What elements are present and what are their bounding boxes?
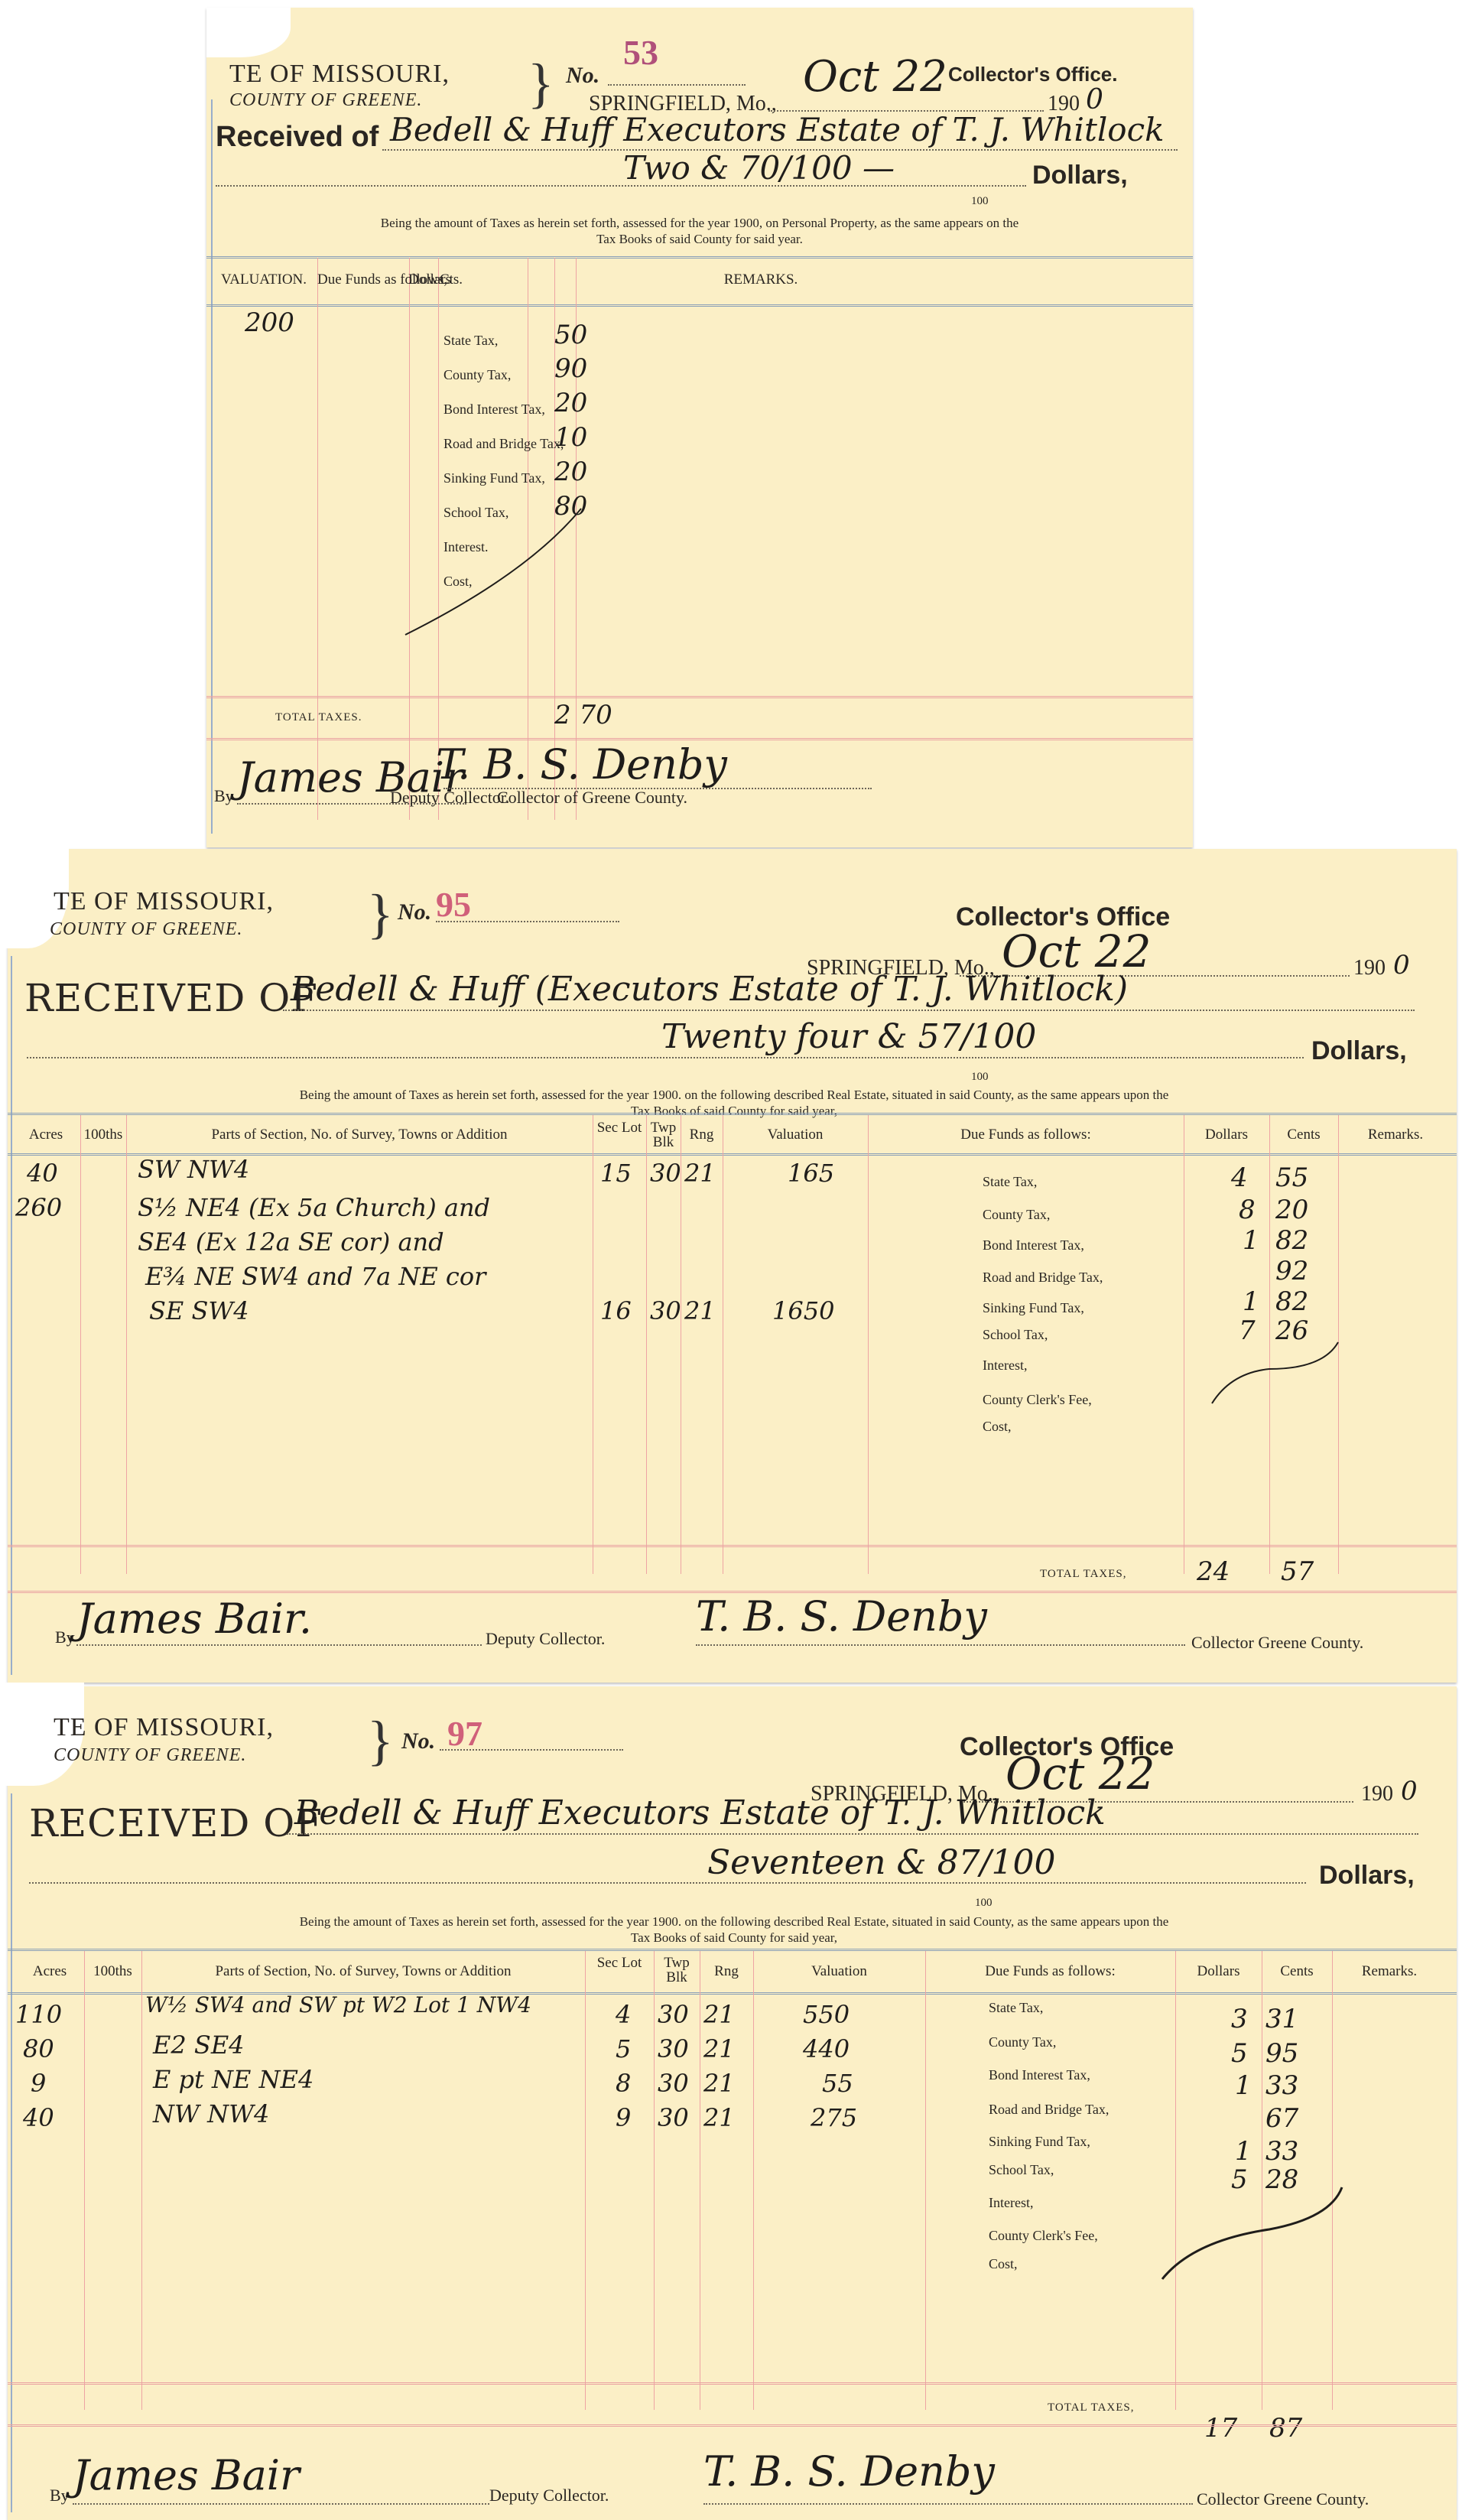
total-taxes-label: TOTAL TAXES.	[275, 711, 362, 724]
margin-rule	[211, 99, 213, 834]
parcel-rng: 21	[684, 1296, 716, 1325]
parcel-rng: 21	[703, 2000, 735, 2029]
collector-label: Collector Greene County.	[1197, 2489, 1369, 2509]
parcel-acres: 110	[15, 2000, 62, 2029]
tax-cents: 31	[1265, 2004, 1298, 2034]
col-rule	[126, 1115, 127, 1574]
tax-label: Sinking Fund Tax,	[443, 470, 545, 486]
total-taxes-dollars: 24	[1197, 1556, 1230, 1587]
tax-cents: 33	[1265, 2070, 1298, 2101]
brace-icon: }	[528, 52, 554, 115]
parcel-parts: S½ NE4 (Ex 5a Church) and	[138, 1193, 490, 1222]
tax-cents: 33	[1265, 2136, 1298, 2167]
total-top-rule	[8, 1545, 1457, 1547]
parcel-parts: SE SW4	[149, 1296, 249, 1325]
tax-dollars: 4	[1231, 1162, 1248, 1193]
tax-label: County Clerk's Fee,	[989, 2228, 1098, 2244]
collector-signature: T. B. S. Denby	[703, 2447, 995, 2496]
by-label: By	[50, 2486, 70, 2505]
col-rule	[1184, 1115, 1184, 1574]
tax-label: Interest,	[989, 2195, 1033, 2211]
county-heading: COUNTY OF GREENE.	[54, 1745, 246, 1766]
total-taxes-cents: 57	[1281, 1556, 1314, 1587]
deputy-line	[76, 1644, 482, 1646]
margin-rule	[11, 1793, 12, 2512]
received-of-value: Bedell & Huff Executors Estate of T. J. …	[294, 1793, 1106, 1832]
received-of-label: RECEIVED OF	[29, 1801, 323, 1845]
tax-dollars: 8	[1239, 1195, 1256, 1225]
tax-dollars: 3	[1231, 2004, 1248, 2034]
amount-in-words: Seventeen & 87/100	[707, 1843, 1055, 1882]
tax-dollars: 1	[1235, 2070, 1252, 2101]
tax-label: State Tax,	[983, 1174, 1037, 1190]
received-of-label: Received of	[216, 121, 378, 154]
parcel-twp: 30	[650, 1296, 681, 1325]
tax-label: Bond Interest Tax,	[989, 2067, 1090, 2083]
being-statement-line1: Being the amount of Taxes as herein set …	[54, 1914, 1415, 1930]
date-value: Oct 22	[1006, 1748, 1155, 1800]
col-header-remarks: Remarks.	[1338, 1127, 1453, 1143]
tax-label: Bond Interest Tax,	[443, 402, 545, 418]
col-rule	[868, 1115, 869, 1574]
parcel-sec: 15	[600, 1159, 632, 1188]
receipt-number: 95	[436, 884, 471, 925]
col-header-due-funds: Due Funds as follows:	[925, 1963, 1175, 1980]
year-prefix: 190	[1353, 956, 1386, 980]
strike-line-icon	[390, 505, 589, 642]
tax-dollars: 1	[1235, 2136, 1252, 2167]
parcel-valuation: 165	[788, 1159, 834, 1188]
parcel-valuation: 55	[822, 2069, 853, 2098]
tax-dollars: 1	[1243, 1286, 1259, 1317]
col-header-valuation: Valuation	[723, 1127, 868, 1143]
tax-label: School Tax,	[983, 1327, 1048, 1343]
col-header-sec-lot: Sec Lot	[585, 1956, 654, 1970]
received-of-value: Bedell & Huff Executors Estate of T. J. …	[390, 111, 1165, 148]
being-statement-line2: Tax Books of said County for said year.	[206, 232, 1193, 247]
dollars-label: Dollars,	[1319, 1861, 1415, 1891]
receipt-real-estate-95: TE OF MISSOURI, COUNTY OF GREENE. } No. …	[8, 849, 1457, 1683]
table-top-rule	[8, 1949, 1457, 1951]
tax-label: School Tax,	[989, 2162, 1054, 2178]
table-top-rule	[206, 256, 1193, 259]
receipt-personal-property-53: TE OF MISSOURI, COUNTY OF GREENE. } No. …	[206, 8, 1193, 847]
tax-cents: 20	[1275, 1195, 1308, 1225]
tax-label: Road and Bridge Tax,	[443, 436, 564, 452]
tax-label: State Tax,	[989, 2000, 1043, 2016]
receipt-number: 97	[447, 1713, 482, 1754]
tax-dollars: 5	[1231, 2038, 1248, 2069]
tax-cents: 82	[1275, 1286, 1308, 1317]
strike-curve-icon	[1155, 2183, 1353, 2283]
total-bottom-rule	[8, 2424, 1457, 2427]
col-rule	[80, 1115, 81, 1574]
total-top-rule	[8, 2382, 1457, 2385]
amount-line	[216, 185, 1026, 187]
parcel-parts: E pt NE NE4	[153, 2065, 314, 2094]
parcel-sec: 5	[616, 2034, 631, 2063]
col-rule	[700, 1951, 700, 2410]
receipt-number-label: No.	[401, 1728, 435, 1754]
col-header-100ths: 100ths	[84, 1963, 141, 1980]
parcel-twp: 30	[650, 1159, 681, 1188]
col-rule	[317, 258, 318, 820]
col-header-100ths: 100ths	[80, 1127, 126, 1143]
tax-label: Sinking Fund Tax,	[989, 2134, 1090, 2150]
parcel-parts: E¾ NE SW4 and 7a NE cor	[145, 1262, 486, 1291]
hundred-label: 100	[975, 1897, 993, 1910]
col-header-cents: Cts.	[436, 272, 466, 288]
parcel-twp: 30	[658, 2034, 689, 2063]
state-heading: TE OF MISSOURI,	[54, 1713, 274, 1742]
collectors-office-heading: Collector's Office.	[948, 63, 1117, 86]
collector-signature: T. B. S. Denby	[696, 1592, 987, 1640]
total-taxes-value: 2 70	[554, 700, 612, 730]
state-heading: TE OF MISSOURI,	[229, 60, 450, 89]
brace-icon: }	[367, 1709, 394, 1773]
hundred-label: 100	[971, 195, 989, 208]
collector-label: Collector of Greene County.	[497, 788, 687, 808]
parcel-rng: 21	[684, 1159, 716, 1188]
tax-label: County Tax,	[983, 1207, 1050, 1223]
col-header-remarks: Remarks.	[1332, 1963, 1447, 1980]
tax-label: State Tax,	[443, 333, 498, 349]
parcel-parts: E2 SE4	[153, 2031, 245, 2060]
tax-label: Interest,	[983, 1358, 1027, 1374]
receipt-number-label: No.	[398, 899, 431, 925]
deputy-signature: James Bair	[73, 2451, 300, 2499]
being-statement-line2: Tax Books of said County for said year,	[54, 1930, 1415, 1946]
col-rule	[84, 1951, 85, 2410]
number-line	[608, 84, 746, 86]
col-header-rng: Rng	[700, 1963, 753, 1980]
parcel-valuation: 550	[803, 2000, 850, 2029]
parcel-acres: 40	[23, 2103, 54, 2132]
parcel-sec: 9	[616, 2103, 631, 2132]
tax-cents: 67	[1265, 2103, 1298, 2134]
col-header-cents: Cents	[1262, 1963, 1332, 1980]
brace-icon: }	[367, 883, 394, 946]
amount-in-words: Two & 70/100 —	[623, 149, 895, 187]
received-of-label: RECEIVED OF	[24, 976, 318, 1020]
tax-cents: 92	[1275, 1256, 1308, 1286]
col-header-valuation: Valuation	[753, 1963, 925, 1980]
parcel-valuation: 1650	[772, 1296, 834, 1325]
collector-line	[696, 1644, 1185, 1646]
col-rule	[646, 1115, 647, 1574]
col-rule	[585, 1951, 586, 2410]
col-rule	[925, 1951, 926, 2410]
amount-line	[29, 1882, 1306, 1884]
deputy-collector-label: Deputy Collector.	[390, 788, 509, 808]
col-rule	[593, 1115, 593, 1574]
amount-in-words: Twenty four & 57/100	[661, 1017, 1036, 1056]
parcel-valuation: 440	[803, 2034, 850, 2063]
collector-line	[703, 2503, 1193, 2505]
parcel-parts: W½ SW4 and SW pt W2 Lot 1 NW4	[145, 1992, 531, 2018]
col-rule	[141, 1951, 142, 2410]
deputy-line	[73, 2503, 489, 2505]
received-of-line	[283, 1010, 1415, 1011]
tax-cents: 20	[554, 388, 587, 418]
tax-label: County Clerk's Fee,	[983, 1392, 1092, 1408]
amount-line	[27, 1057, 1304, 1058]
collector-signature: T. B. S. Denby	[436, 740, 727, 789]
col-rule	[1175, 1951, 1176, 2410]
col-rule	[753, 1951, 754, 2410]
tax-cents: 50	[554, 320, 587, 350]
deputy-signature: James Bair.	[76, 1595, 312, 1643]
tax-cents: 82	[1275, 1225, 1308, 1256]
col-header-parts: Parts of Section, No. of Survey, Towns o…	[130, 1127, 589, 1143]
valuation-value: 200	[245, 307, 294, 338]
year-prefix: 190	[1361, 1782, 1393, 1806]
parcel-acres: 260	[15, 1193, 62, 1222]
col-header-remarks: REMARKS.	[665, 272, 856, 288]
being-statement-line2: Tax Books of said County for said year,	[54, 1104, 1415, 1119]
parcel-sec: 8	[616, 2069, 631, 2098]
county-heading: COUNTY OF GREENE.	[229, 90, 422, 111]
tax-label: Road and Bridge Tax,	[989, 2102, 1109, 2118]
parcel-acres: 40	[27, 1159, 58, 1188]
total-taxes-dollars: 17	[1204, 2413, 1237, 2444]
total-taxes-label: TOTAL TAXES,	[1048, 2401, 1134, 2414]
tax-label: Cost,	[983, 1419, 1012, 1435]
date-value: Oct 22	[803, 52, 947, 102]
col-rule	[654, 1951, 655, 2410]
col-header-acres: Acres	[15, 1963, 84, 1980]
tax-label: Sinking Fund Tax,	[983, 1300, 1084, 1316]
receipt-number: 53	[623, 32, 658, 73]
parcel-parts: SE4 (Ex 12a SE cor) and	[138, 1227, 444, 1257]
receipt-real-estate-97: TE OF MISSOURI, COUNTY OF GREENE. } No. …	[8, 1686, 1457, 2520]
tax-label: County Tax,	[443, 367, 511, 383]
col-header-rng: Rng	[681, 1127, 723, 1143]
col-header-valuation: VALUATION.	[206, 272, 321, 288]
margin-rule	[11, 956, 12, 1675]
strike-curve-icon	[1208, 1338, 1346, 1407]
parcel-acres: 80	[23, 2034, 54, 2063]
col-rule	[1332, 1951, 1333, 2410]
parcel-sec: 16	[600, 1296, 632, 1325]
parcel-rng: 21	[703, 2034, 735, 2063]
year-digit: 0	[1393, 950, 1410, 980]
deputy-collector-label: Deputy Collector.	[489, 2486, 609, 2505]
tax-label: Road and Bridge Tax,	[983, 1270, 1103, 1286]
col-rule	[1262, 1951, 1262, 2410]
col-header-parts: Parts of Section, No. of Survey, Towns o…	[145, 1963, 581, 1980]
by-label: By	[55, 1627, 75, 1647]
collector-label: Collector Greene County.	[1191, 1633, 1363, 1653]
receipt-number-label: No.	[566, 63, 599, 89]
received-of-line	[287, 1833, 1418, 1835]
tax-dollars: 1	[1243, 1225, 1259, 1256]
col-header-due-funds: Due Funds as follows:	[868, 1127, 1184, 1143]
parcel-valuation: 275	[811, 2103, 857, 2132]
col-header-dollars: Dollars	[1184, 1127, 1269, 1143]
parcel-parts: SW NW4	[138, 1155, 249, 1184]
col-header-cents: Cents	[1269, 1127, 1338, 1143]
dollars-label: Dollars,	[1032, 161, 1128, 190]
tax-cents: 10	[554, 422, 587, 453]
col-header-twp-blk: Twp Blk	[654, 1956, 700, 1985]
torn-corner	[206, 8, 291, 57]
parcel-sec: 4	[616, 2000, 631, 2029]
parcel-twp: 30	[658, 2069, 689, 2098]
total-top-rule	[206, 696, 1193, 698]
col-header-dollars: Dollars	[1175, 1963, 1262, 1980]
parcel-acres: 9	[31, 2069, 46, 2098]
col-header-sec-lot: Sec Lot	[593, 1120, 646, 1135]
parcel-rng: 21	[703, 2069, 735, 2098]
col-rule	[723, 1115, 723, 1574]
table-top-rule	[8, 1113, 1457, 1115]
being-statement-line1: Being the amount of Taxes as herein set …	[206, 216, 1193, 231]
received-of-value: Bedell & Huff (Executors Estate of T. J.…	[291, 970, 1128, 1009]
dollars-label: Dollars,	[1311, 1036, 1407, 1066]
parcel-rng: 21	[703, 2103, 735, 2132]
col-header-acres: Acres	[15, 1127, 76, 1143]
state-heading: TE OF MISSOURI,	[54, 887, 274, 916]
being-statement-line1: Being the amount of Taxes as herein set …	[54, 1088, 1415, 1103]
col-header-twp-blk: Twp Blk	[646, 1120, 681, 1149]
parcel-twp: 30	[658, 2000, 689, 2029]
tax-label: Cost,	[989, 2256, 1018, 2272]
header-bottom-rule	[206, 304, 1193, 307]
hundred-label: 100	[971, 1071, 989, 1084]
tax-cents: 55	[1275, 1162, 1308, 1193]
by-label: By	[214, 786, 234, 806]
tax-label: Bond Interest Tax,	[983, 1237, 1084, 1253]
deputy-collector-label: Deputy Collector.	[486, 1629, 605, 1649]
parcel-parts: NW NW4	[153, 2099, 269, 2128]
tax-cents: 90	[554, 353, 587, 384]
county-heading: COUNTY OF GREENE.	[50, 919, 242, 940]
tax-cents: 20	[554, 457, 587, 487]
tax-label: County Tax,	[989, 2034, 1056, 2050]
tax-cents: 95	[1265, 2038, 1298, 2069]
year-digit: 0	[1401, 1776, 1418, 1806]
parcel-twp: 30	[658, 2103, 689, 2132]
total-taxes-cents: 87	[1269, 2413, 1302, 2444]
total-taxes-label: TOTAL TAXES,	[1040, 1568, 1126, 1581]
